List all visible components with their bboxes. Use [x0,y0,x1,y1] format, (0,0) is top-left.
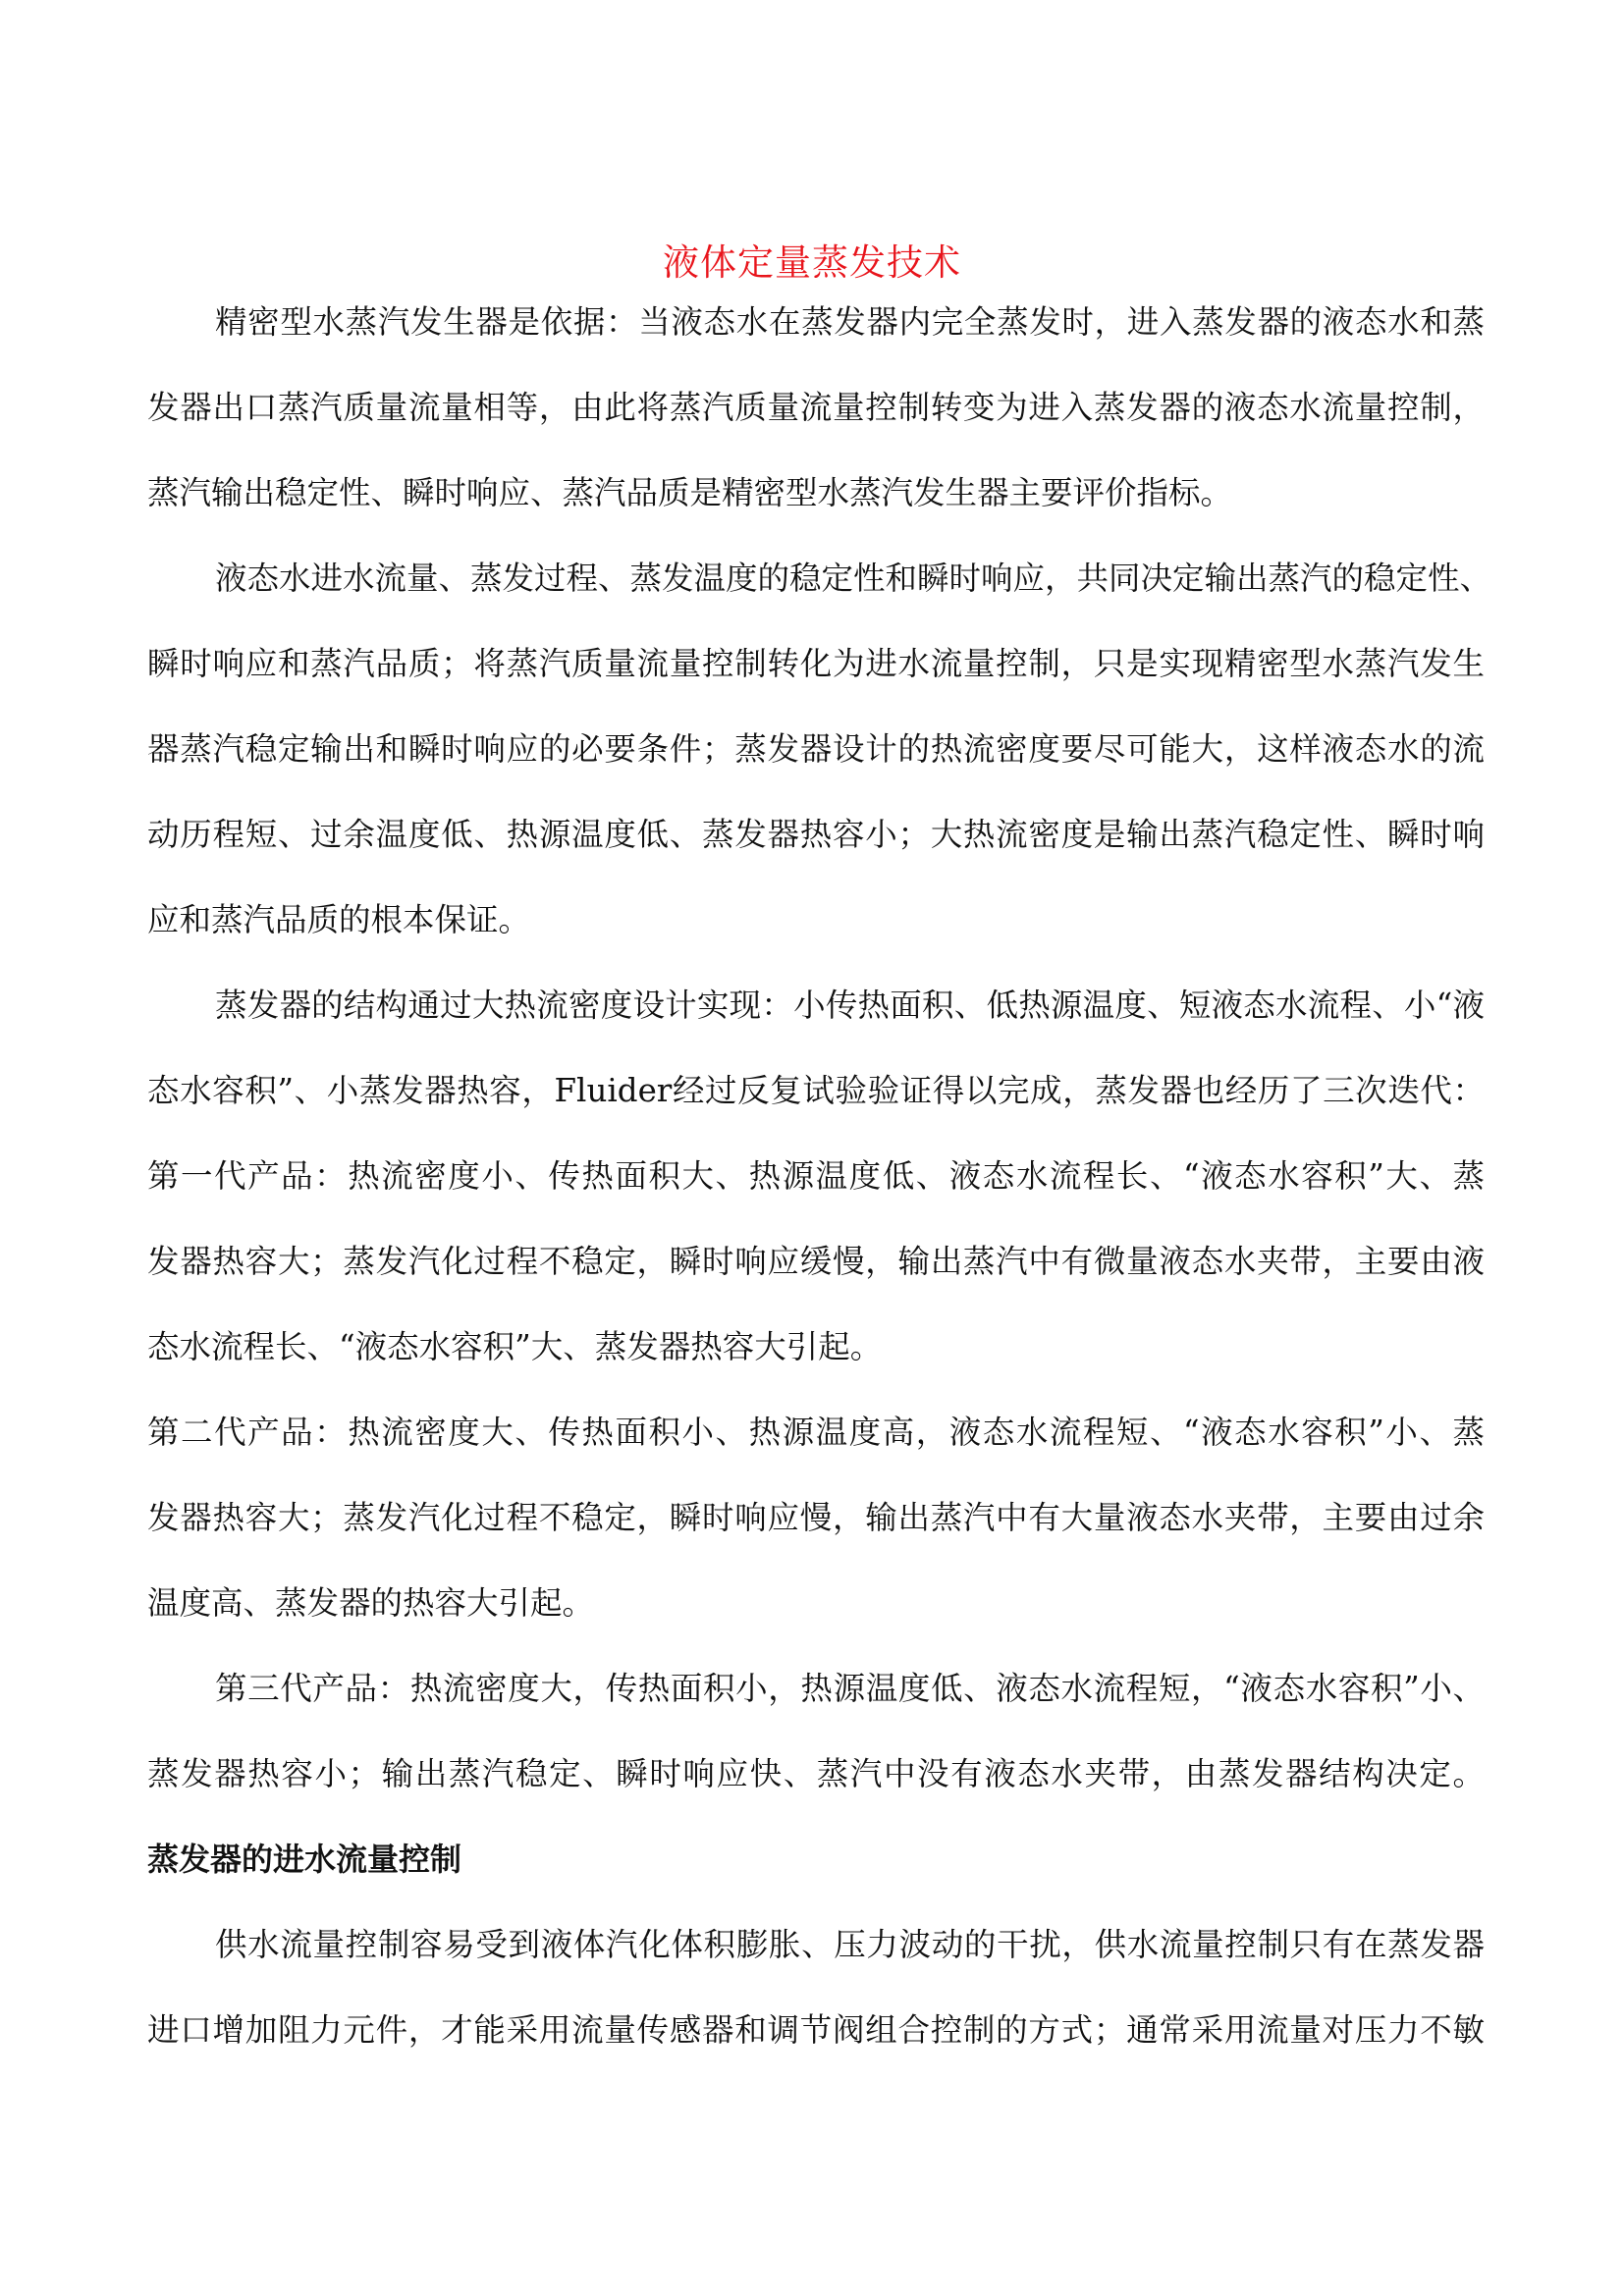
paragraph-line: 器蒸汽稳定输出和瞬时响应的必要条件；蒸发器设计的热流密度要尽可能大，这样液态水的… [147,727,1485,771]
paragraph-line: 发器热容大；蒸发汽化过程不稳定，瞬时响应慢，输出蒸汽中有大量液态水夹带，主要由过… [147,1496,1485,1539]
paragraph-line: 态水容积”、小蒸发器热容，Fluider经过反复试验验证得以完成，蒸发器也经历了… [147,1069,1485,1112]
paragraph-line: 发器热容大；蒸发汽化过程不稳定，瞬时响应缓慢，输出蒸汽中有微量液态水夹带，主要由… [147,1240,1485,1283]
paragraph-line: 液态水进水流量、蒸发过程、蒸发温度的稳定性和瞬时响应，共同决定输出蒸汽的稳定性、 [215,557,1485,600]
paragraph-line: 应和蒸汽品质的根本保证。 [147,898,1485,941]
document-title: 液体定量蒸发技术 [0,239,1624,288]
paragraph-line: 温度高、蒸发器的热容大引起。 [147,1581,1485,1625]
paragraph-line: 蒸发器热容小；输出蒸汽稳定、瞬时响应快、蒸汽中没有液态水夹带，由蒸发器结构决定。 [147,1752,1485,1795]
paragraph-line: 供水流量控制容易受到液体汽化体积膨胀、压力波动的干扰，供水流量控制只有在蒸发器 [215,1923,1485,1966]
paragraph-line: 进口增加阻力元件，才能采用流量传感器和调节阀组合控制的方式；通常采用流量对压力不… [147,2008,1485,2052]
paragraph-line: 态水流程长、“液态水容积”大、蒸发器热容大引起。 [147,1325,1485,1368]
document-page: 液体定量蒸发技术 精密型水蒸汽发生器是依据：当液态水在蒸发器内完全蒸发时，进入蒸… [0,0,1624,2296]
paragraph-line: 第二代产品：热流密度大、传热面积小、热源温度高，液态水流程短、“液态水容积”小、… [147,1411,1485,1454]
paragraph-line: 第三代产品：热流密度大，传热面积小，热源温度低、液态水流程短，“液态水容积”小、 [215,1667,1485,1710]
paragraph-line: 第一代产品：热流密度小、传热面积大、热源温度低、液态水流程长、“液态水容积”大、… [147,1154,1485,1198]
paragraph-line: 蒸发器的结构通过大热流密度设计实现：小传热面积、低热源温度、短液态水流程、小“液 [215,984,1485,1027]
paragraph-line: 精密型水蒸汽发生器是依据：当液态水在蒸发器内完全蒸发时，进入蒸发器的液态水和蒸 [215,300,1485,344]
section-heading: 蒸发器的进水流量控制 [147,1838,461,1881]
paragraph-line: 蒸汽输出稳定性、瞬时响应、蒸汽品质是精密型水蒸汽发生器主要评价指标。 [147,471,1485,514]
paragraph-line: 动历程短、过余温度低、热源温度低、蒸发器热容小；大热流密度是输出蒸汽稳定性、瞬时… [147,813,1485,856]
paragraph-line: 瞬时响应和蒸汽品质；将蒸汽质量流量控制转化为进水流量控制，只是实现精密型水蒸汽发… [147,642,1485,685]
paragraph-line: 发器出口蒸汽质量流量相等，由此将蒸汽质量流量控制转变为进入蒸发器的液态水流量控制… [147,386,1485,429]
